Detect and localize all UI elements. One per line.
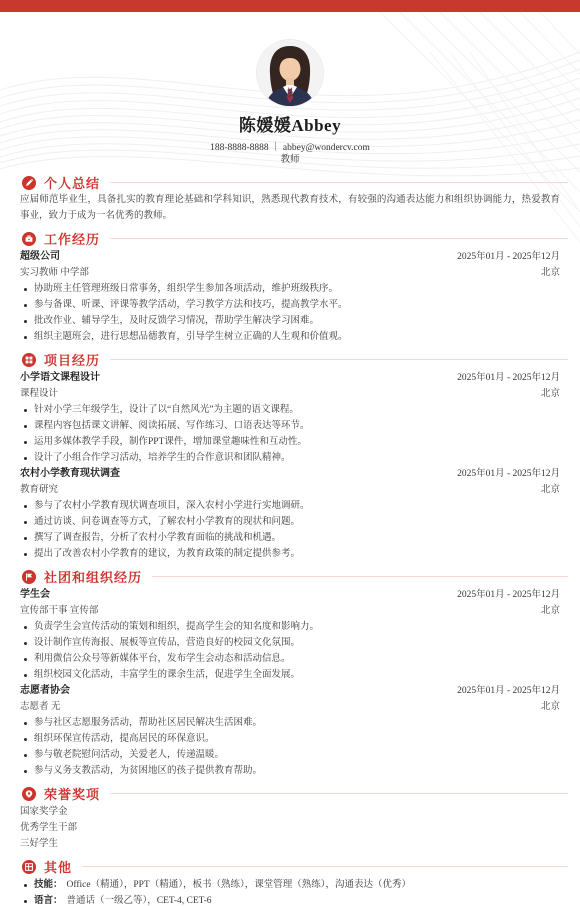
phone-number: 188-8888-8888 (210, 143, 269, 153)
list-item: 参与义务支教活动，为贫困地区的孩子提供教育帮助。 (20, 763, 560, 779)
org-name: 学生会 (20, 587, 50, 603)
date-range: 2025年01月 - 2025年12月 (457, 587, 560, 603)
bullet-dot (24, 553, 27, 556)
section-divider (110, 359, 568, 360)
bullet-dot (24, 722, 27, 725)
briefcase-icon (22, 232, 36, 246)
organization-entry: 学生会 2025年01月 - 2025年12月 宣传部干事 宣传部 北京 负责学… (20, 587, 560, 683)
bullet-dot (24, 320, 27, 323)
date-range: 2025年01月 - 2025年12月 (457, 370, 560, 386)
bullet-dot (24, 304, 27, 307)
section-title: 其他 (44, 857, 72, 876)
date-range: 2025年01月 - 2025年12月 (457, 466, 560, 482)
medal-pin-icon (22, 787, 36, 801)
languages-text: 普通话（一级乙等），CET-4, CET-6 (67, 896, 212, 906)
summary-text: 应届师范毕业生，具备扎实的教育理论基础和学科知识，熟悉现代教育技术，有较强的沟通… (20, 193, 560, 224)
section-title: 工作经历 (44, 229, 100, 248)
contact-separator: ｜ (271, 143, 281, 153)
bullet-dot (24, 642, 27, 645)
section-header-organizations: 社团和组织经历 (20, 568, 560, 585)
date-range: 2025年01月 - 2025年12月 (457, 249, 560, 265)
list-item: 提出了改善农村小学教育的建议，为教育政策的制定提供参考。 (20, 546, 560, 562)
list-item: 设计制作宣传海报、展板等宣传品，营造良好的校园文化氛围。 (20, 635, 560, 651)
avatar-photo-illustration (257, 40, 323, 106)
location: 北京 (541, 482, 560, 498)
bullet-dot (24, 626, 27, 629)
org-name: 志愿者协会 (20, 683, 70, 699)
project-name: 农村小学教育现状调查 (20, 466, 120, 482)
bullet-dot (24, 738, 27, 741)
grid-icon (22, 353, 36, 367)
list-item: 通过访谈、问卷调查等方式，了解农村小学教育的现状和问题。 (20, 514, 560, 530)
skills-item: 技能：Office（精通），PPT（精通），板书（熟练），课堂管理（熟练），沟通… (20, 877, 560, 893)
list-item: 参与社区志愿服务活动，帮助社区居民解决生活困难。 (20, 715, 560, 731)
work-entry: 超级公司 2025年01月 - 2025年12月 实习教师 中学部 北京 协助班… (20, 249, 560, 345)
contact-line: 188-8888-8888 ｜ abbey@wondercv.com (0, 142, 580, 154)
bullet-dot (24, 537, 27, 540)
section-title: 社团和组织经历 (44, 567, 142, 586)
list-item: 课程内容包括课文讲解、阅读拓展、写作练习、口语表达等环节。 (20, 418, 560, 434)
project-name: 小学语文课程设计 (20, 370, 100, 386)
bullet-dot (24, 425, 27, 428)
grid2-icon (22, 860, 36, 874)
bullet-dot (24, 658, 27, 661)
section-title: 个人总结 (44, 173, 100, 192)
bullet-dot (24, 505, 27, 508)
role: 教育研究 (20, 482, 58, 498)
project-entry: 小学语文课程设计 2025年01月 - 2025年12月 课程设计 北京 针对小… (20, 370, 560, 466)
languages-label: 语言： (34, 896, 63, 906)
avatar (257, 40, 323, 106)
list-item: 组织校园文化活动，丰富学生的课余生活，促进学生全面发展。 (20, 667, 560, 683)
section-divider (110, 793, 568, 794)
bullet-dot (24, 457, 27, 460)
org-name: 超级公司 (20, 249, 60, 265)
list-item: 批改作业、辅导学生，及时反馈学习情况，帮助学生解决学习困难。 (20, 313, 560, 329)
resume-header: 陈媛媛Abbey 188-8888-8888 ｜ abbey@wondercv.… (0, 40, 580, 166)
list-item: 负责学生会宣传活动的策划和组织，提高学生会的知名度和影响力。 (20, 619, 560, 635)
section-header-summary: 个人总结 (20, 174, 560, 191)
organization-entry: 志愿者协会 2025年01月 - 2025年12月 志愿者 无 北京 参与社区志… (20, 683, 560, 779)
section-divider (152, 576, 568, 577)
section-title: 荣誉奖项 (44, 784, 100, 803)
section-divider (110, 238, 568, 239)
bullet-dot (24, 900, 27, 903)
bullet-dot (24, 884, 27, 887)
role: 课程设计 (20, 386, 58, 402)
date-range: 2025年01月 - 2025年12月 (457, 683, 560, 699)
list-item: 参与备课、听课、评课等教学活动，学习教学方法和技巧，提高教学水平。 (20, 297, 560, 313)
list-item: 参与了农村小学教育现状调查项目，深入农村小学进行实地调研。 (20, 498, 560, 514)
section-header-work: 工作经历 (20, 230, 560, 247)
list-item: 针对小学三年级学生，设计了以“自然风光”为主题的语文课程。 (20, 402, 560, 418)
skills-label: 技能： (34, 880, 63, 890)
list-item: 组织主题班会，进行思想品德教育，引导学生树立正确的人生观和价值观。 (20, 329, 560, 345)
project-entry: 农村小学教育现状调查 2025年01月 - 2025年12月 教育研究 北京 参… (20, 466, 560, 562)
bullet-dot (24, 409, 27, 412)
candidate-name: 陈媛媛Abbey (0, 116, 580, 136)
honor-item: 优秀学生干部 (20, 820, 560, 836)
list-item: 组织环保宣传活动，提高居民的环保意识。 (20, 731, 560, 747)
location: 北京 (541, 265, 560, 281)
section-title: 项目经历 (44, 350, 100, 369)
location: 北京 (541, 386, 560, 402)
bullet-dot (24, 754, 27, 757)
pen-icon (22, 176, 36, 190)
role: 宣传部干事 宣传部 (20, 603, 98, 619)
role: 实习教师 中学部 (20, 265, 89, 281)
bullet-dot (24, 521, 27, 524)
skills-text: Office（精通），PPT（精通），板书（熟练），课堂管理（熟练），沟通表达（… (67, 880, 411, 890)
bullet-dot (24, 288, 27, 291)
email-address: abbey@wondercv.com (283, 143, 370, 153)
bullet-dot (24, 770, 27, 773)
list-item: 撰写了调查报告，分析了农村小学教育面临的挑战和机遇。 (20, 530, 560, 546)
languages-item: 语言：普通话（一级乙等），CET-4, CET-6 (20, 893, 560, 906)
section-header-honors: 荣誉奖项 (20, 785, 560, 802)
section-header-projects: 项目经历 (20, 351, 560, 368)
list-item: 协助班主任管理班级日常事务，组织学生参加各项活动，维护班级秩序。 (20, 281, 560, 297)
honor-item: 国家奖学金 (20, 804, 560, 820)
resume-body: 个人总结 应届师范毕业生，具备扎实的教育理论基础和学科知识，熟悉现代教育技术，有… (0, 174, 580, 906)
section-divider (110, 182, 568, 183)
job-title: 教师 (0, 154, 580, 166)
list-item: 参与敬老院慰问活动，关爱老人，传递温暖。 (20, 747, 560, 763)
flag-icon (22, 570, 36, 584)
section-header-other: 其他 (20, 858, 560, 875)
list-item: 利用微信公众号等新媒体平台，发布学生会动态和活动信息。 (20, 651, 560, 667)
honor-item: 三好学生 (20, 836, 560, 852)
top-accent-bar (0, 0, 580, 12)
location: 北京 (541, 699, 560, 715)
list-item: 设计了小组合作学习活动，培养学生的合作意识和团队精神。 (20, 450, 560, 466)
role: 志愿者 无 (20, 699, 60, 715)
list-item: 运用多媒体教学手段，制作PPT课件，增加课堂趣味性和互动性。 (20, 434, 560, 450)
bullet-dot (24, 674, 27, 677)
bullet-dot (24, 441, 27, 444)
section-divider (82, 866, 568, 867)
location: 北京 (541, 603, 560, 619)
bullet-dot (24, 336, 27, 339)
